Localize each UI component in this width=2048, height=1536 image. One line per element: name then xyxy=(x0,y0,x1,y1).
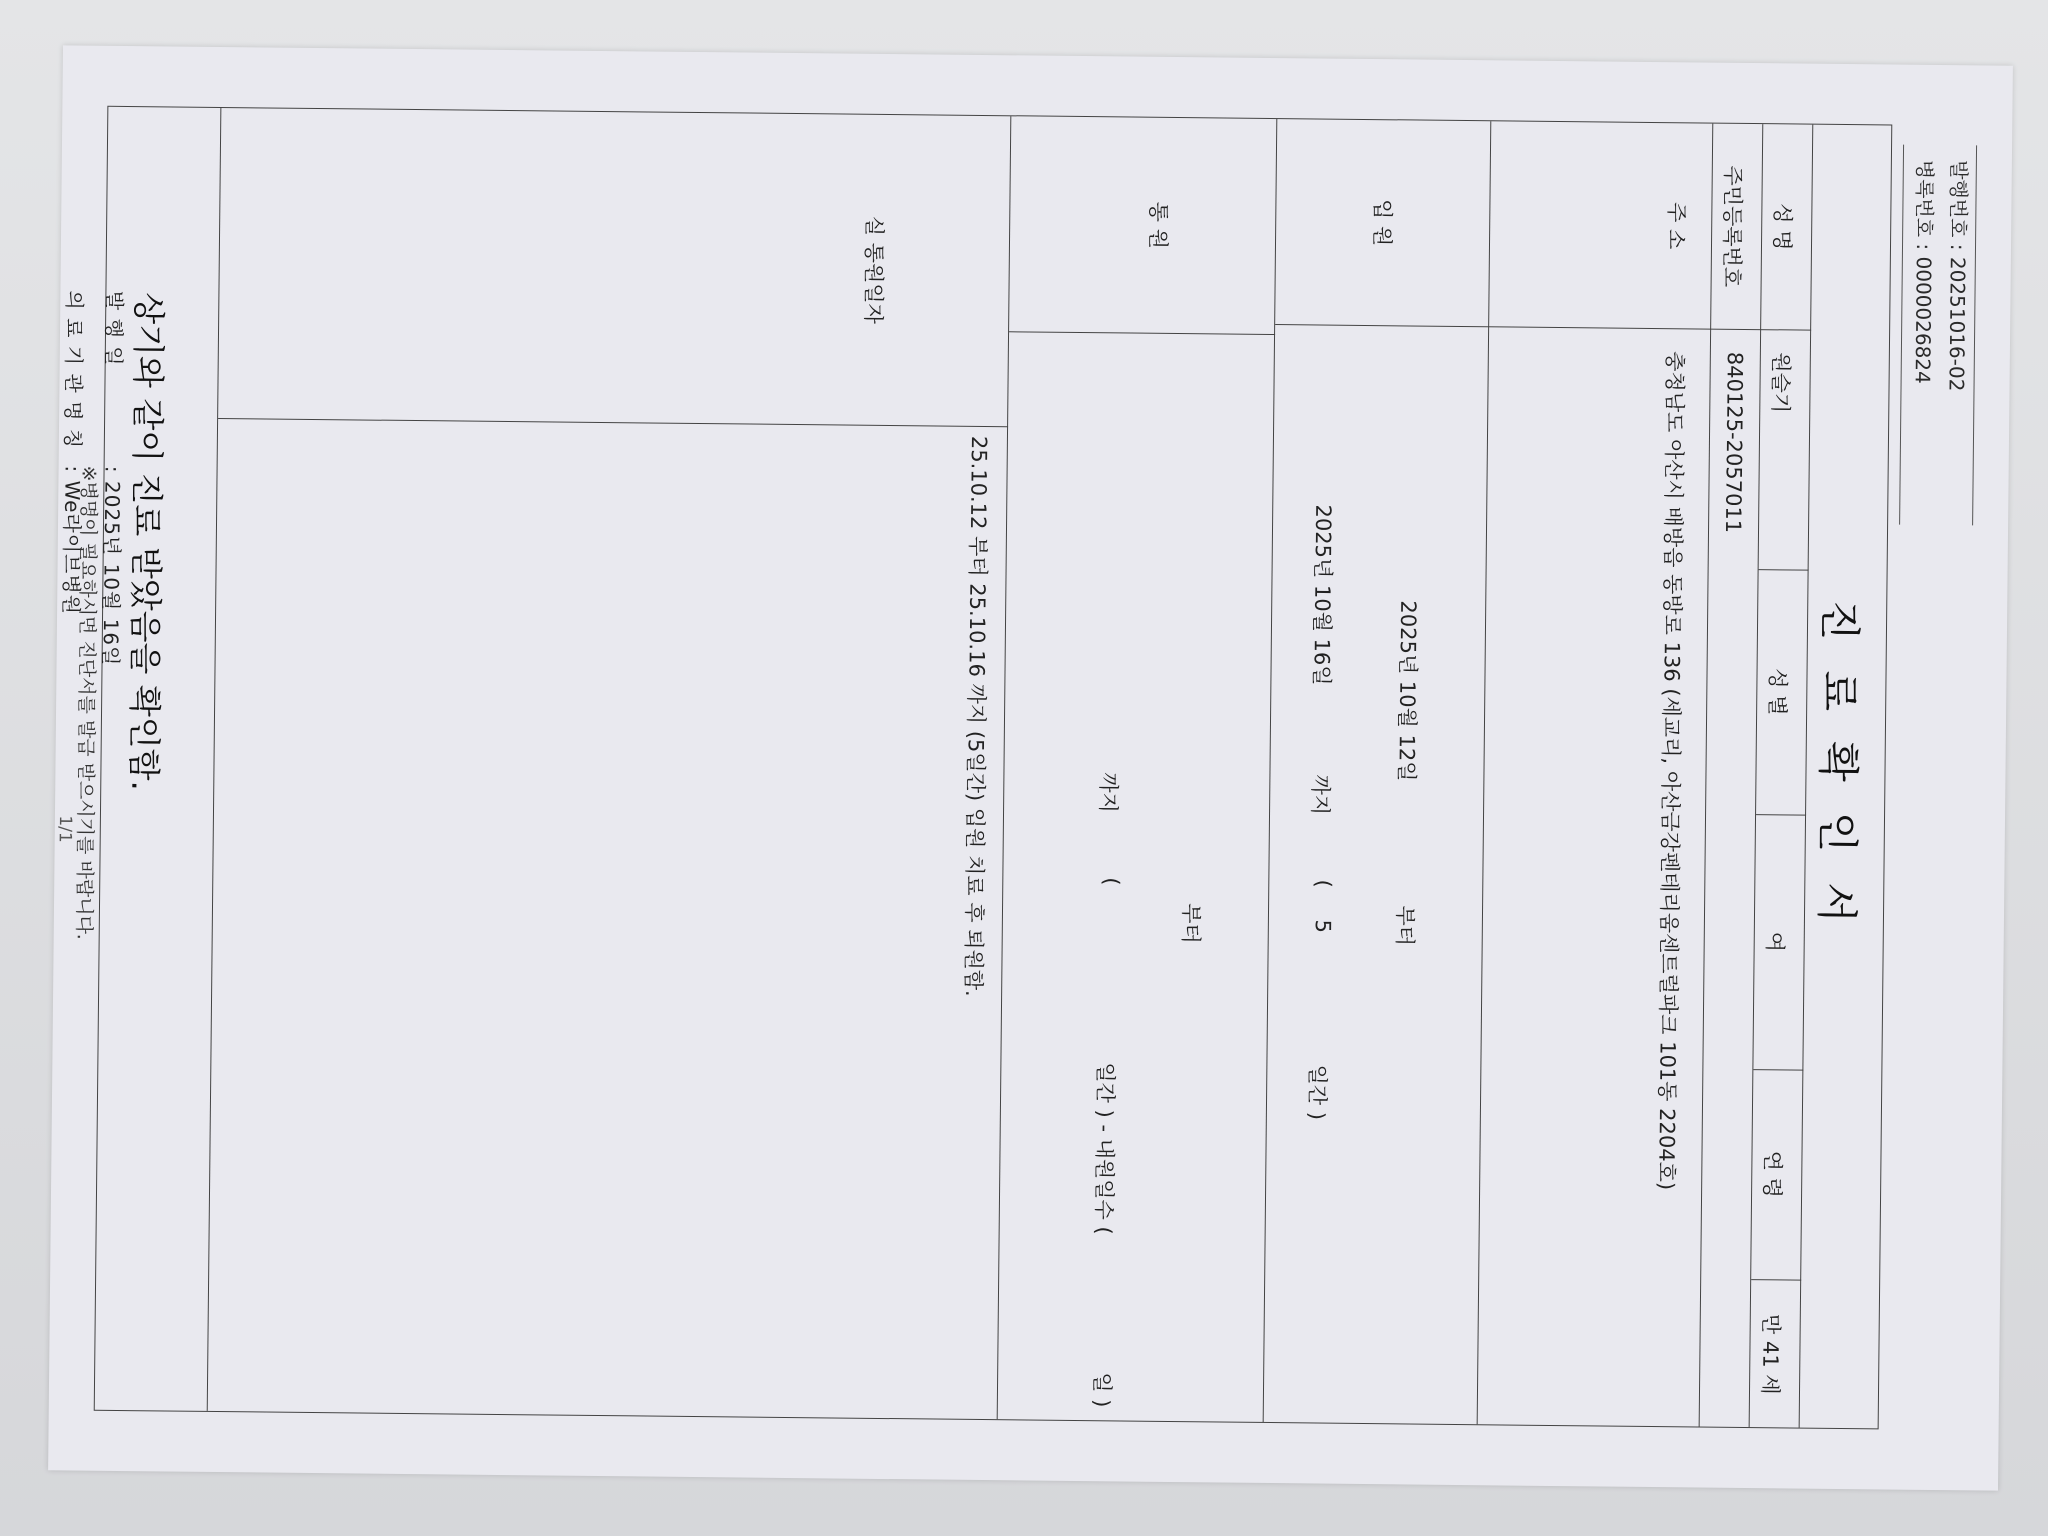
inpatient-from-suffix: 부터 xyxy=(1391,905,1421,946)
actual-visit-label: 실 통원일자 xyxy=(858,115,891,425)
inpatient-to-suffix: 까지 xyxy=(1306,774,1336,815)
outpatient-visits-close: 일 ) xyxy=(1088,1372,1118,1407)
age-label: 연 령 xyxy=(1757,1069,1789,1279)
medical-certificate-page: 발행번호 : 20251016-02 병록번호 : 0000026824 진료확… xyxy=(48,45,2013,1490)
outpatient-to-suffix: 까지 xyxy=(1094,772,1124,813)
issue-date-label: 발 행 일 xyxy=(100,291,131,466)
inpatient-days: 5 xyxy=(1311,919,1335,933)
outpatient-from-suffix: 부터 xyxy=(1177,903,1207,944)
name-label: 성 명 xyxy=(1767,124,1799,329)
row-divider-4 xyxy=(1262,119,1277,1422)
inpatient-label: 입 원 xyxy=(1367,120,1399,325)
address-value: 충청남도 아산시 배방읍 동방로 136 (세교리, 아산금강펜테리움센트럴파크… xyxy=(1652,351,1691,1190)
issue-number: 발행번호 : 20251016-02 xyxy=(1941,160,1973,392)
record-number-label: 병록번호 xyxy=(1912,160,1937,238)
issue-number-label: 발행번호 xyxy=(1946,160,1971,238)
confirmation-statement: 상기와 같이 진료 받았음을 확인함. xyxy=(122,292,174,791)
record-number: 병록번호 : 0000026824 xyxy=(1908,160,1940,384)
name-value: 원슬기 xyxy=(1766,352,1797,413)
label-col-divider-2 xyxy=(1009,331,1275,335)
institution-label: 의 료 기 관 명 칭 xyxy=(60,290,91,465)
sex-label: 성 별 xyxy=(1762,569,1795,814)
record-number-value: 0000026824 xyxy=(1911,256,1936,383)
footnote: ※병명이 필요하시면 진단서를 발급 받으시기를 바랍니다. xyxy=(72,465,104,940)
sex-value: 여 xyxy=(1759,814,1792,1069)
row-divider-6 xyxy=(206,108,221,1411)
rrn-label: 주민등록번호 xyxy=(1717,124,1749,329)
row-divider-5 xyxy=(996,116,1011,1419)
inpatient-days-open: ( xyxy=(1311,879,1335,887)
inpatient-days-close: 일간 ) xyxy=(1303,1064,1334,1120)
inpatient-to-date: 2025년 10월 16일 xyxy=(1307,504,1339,685)
outpatient-label: 통 원 xyxy=(1143,118,1175,333)
rrn-value: 840125-2057011 xyxy=(1721,352,1747,534)
outpatient-days-close: 일간 ) - 내원일수 ( xyxy=(1090,1062,1122,1235)
row-divider-2 xyxy=(1698,124,1713,1427)
page-number: 1/1 xyxy=(55,815,75,843)
issue-number-value: 20251016-02 xyxy=(1944,257,1969,392)
address-label: 주 소 xyxy=(1661,123,1693,328)
inpatient-from-date: 2025년 10월 12일 xyxy=(1392,600,1424,781)
document-title: 진료확인서 xyxy=(1804,125,1878,1429)
actual-visit-text: 25.10.12 부터 25.10.16 까지 (5일간) 입원 치료 후 퇴원… xyxy=(959,436,995,997)
outpatient-days-open: ( xyxy=(1099,877,1123,885)
visit-col-divider xyxy=(218,418,1008,428)
header-rule-bottom xyxy=(1899,145,1904,525)
certificate-frame: 진료확인서 성 명 원슬기 성 별 여 연 령 만 41 세 주민등록번호 84… xyxy=(94,106,1893,1430)
row-divider-3 xyxy=(1476,121,1491,1424)
age-value: 만 41 세 xyxy=(1756,1279,1788,1429)
